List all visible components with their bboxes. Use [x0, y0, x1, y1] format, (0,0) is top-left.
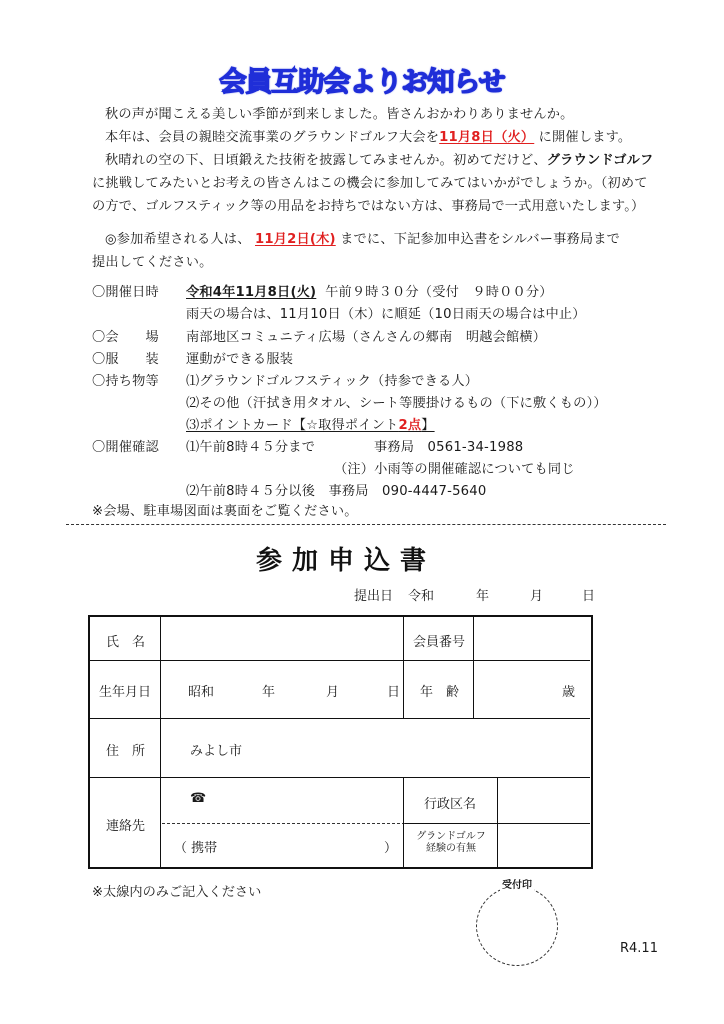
contact-dashed-divider [162, 823, 405, 824]
member-number-field[interactable] [478, 619, 588, 658]
address-label: 住 所 [106, 740, 145, 759]
birth-era: 昭和 [188, 681, 214, 700]
intro-line-2-text: 本年は、会員の親睦交流事業のグラウンドゴルフ大会を [105, 130, 439, 145]
event-date-bold: 令和4年11月8日(火) [186, 285, 316, 300]
district-label: 行政区名 [424, 793, 476, 812]
birth-month-unit: 月 [326, 681, 339, 700]
member-number-label: 会員番号 [413, 631, 465, 650]
col-divider [160, 617, 161, 867]
reception-stamp-label: 受付印 [500, 876, 534, 891]
detail-value-items-3: ⑶ポイントカード【☆取得ポイント2点】 [186, 415, 435, 438]
ground-golf-bold: グラウンドゴルフ [547, 153, 654, 168]
detail-value-confirm-1: ⑴午前8時４５分まで [186, 437, 315, 460]
row-divider [90, 718, 590, 719]
form-title: 参加申込書 [256, 540, 436, 577]
revision-code: R4.11 [620, 941, 658, 956]
detail-value-datetime: 令和4年11月8日(火) 午前９時３０分（受付 ９時００分） [186, 282, 553, 305]
confirm-note: （注）小雨等の開催確認についても同じ [334, 459, 575, 482]
intro-line-3-text: 秋晴れの空の下、日頃鍛えた技術を披露してみませんか。初めてだけど、 [105, 153, 547, 168]
detail-value-attire: 運動ができる服装 [186, 349, 293, 372]
birth-year-unit: 年 [262, 681, 275, 700]
experience-field[interactable] [502, 826, 588, 865]
notice-title: 会員互助会よりお知らせ [0, 60, 724, 99]
point-card-close: 】 [421, 418, 434, 433]
event-date-highlight: 11月8日（火） [439, 130, 534, 145]
office-phone-1: 事務局 0561-34-1988 [374, 437, 523, 460]
deadline-text-end: までに、下記参加申込書をシルバー事務局まで [340, 232, 620, 247]
points-value: 2点 [398, 418, 421, 433]
submit-date-day: 日 [582, 585, 595, 604]
intro-line-5: の方で、ゴルフスティック等の用品をお持ちではない方は、事務局で一式用意いたします… [92, 196, 644, 219]
name-field[interactable] [164, 619, 400, 658]
point-card-text: ⑶ポイントカード【☆取得ポイント [186, 418, 398, 433]
submit-date-month: 月 [530, 585, 543, 604]
detail-label-items: 〇持ち物等 [92, 371, 159, 394]
detail-label-venue: 〇会 場 [92, 327, 159, 350]
col-divider [403, 777, 404, 867]
district-field[interactable] [502, 780, 588, 821]
intro-line-1: 秋の声が聞こえる美しい季節が到来しました。皆さんおかわりありませんか。 [105, 104, 574, 127]
deadline-date: 11月2日(木) [255, 232, 336, 247]
detail-label-attire: 〇服 装 [92, 349, 159, 372]
birth-day-unit: 日 [387, 681, 400, 700]
experience-label: グランドゴルフ 経験の有無 [408, 831, 494, 855]
intro-line-2-end: に開催します。 [539, 130, 632, 145]
col-divider [497, 777, 498, 867]
deadline-text: ◎参加希望される人は、 [105, 232, 251, 247]
row-divider [90, 777, 590, 778]
fill-instruction-note: ※太線内のみご記入ください [92, 881, 261, 900]
mobile-close-paren: ） [384, 837, 397, 856]
col-divider [473, 617, 474, 718]
address-prefix: みよし市 [190, 740, 242, 759]
detail-value-items-1: ⑴グラウンドゴルフスティック（持参できる人） [186, 371, 478, 394]
reception-stamp-circle [476, 886, 558, 966]
intro-line-4: に挑戦してみたいとお考えの皆さんはこの機会に参加してみてはいかがでしょうか。（初… [92, 173, 648, 196]
age-label: 年 齢 [420, 681, 459, 700]
experience-label-line-2: 経験の有無 [408, 843, 494, 855]
detail-value-rain: 雨天の場合は、11月10日（木）に順延（10日雨天の場合は中止） [186, 304, 586, 327]
event-time: 午前９時３０分（受付 ９時００分） [325, 285, 553, 300]
birthdate-label: 生年月日 [99, 681, 151, 700]
detail-label-datetime: 〇開催日時 [92, 282, 159, 305]
intro-line-3: 秋晴れの空の下、日頃鍛えた技術を披露してみませんか。初めてだけど、グラウンドゴル… [105, 150, 653, 173]
intro-line-2: 本年は、会員の親睦交流事業のグラウンドゴルフ大会を11月8日（火） に開催します… [105, 127, 631, 150]
age-unit: 歳 [562, 681, 575, 700]
submit-date-era: 令和 [408, 585, 434, 604]
contact-label: 連絡先 [106, 815, 145, 834]
phone-icon: ☎ [190, 791, 206, 806]
deadline-line-2: 提出してください。 [92, 252, 213, 275]
name-label: 氏 名 [106, 631, 145, 650]
cut-line-divider [66, 524, 666, 525]
detail-value-venue: 南部地区コミュニティ広場（さんさんの郷南 明越会館横） [186, 327, 546, 350]
mobile-label: （ 携帯 [174, 837, 217, 856]
map-note: ※会場、駐車場図面は裏面をご覧ください。 [92, 501, 358, 524]
submit-date-year: 年 [476, 585, 489, 604]
submit-date-label: 提出日 [354, 585, 393, 604]
experience-label-line-1: グランドゴルフ [408, 831, 494, 843]
application-form-table: 氏 名 会員番号 生年月日 昭和 年 月 日 年 齢 歳 住 所 みよし市 連絡… [88, 615, 593, 869]
row-divider [90, 660, 590, 661]
deadline-line: ◎参加希望される人は、 11月2日(木) までに、下記参加申込書をシルバー事務局… [105, 229, 620, 252]
detail-value-items-2: ⑵その他（汗拭き用タオル、シート等腰掛けるもの（下に敷くもの）） [186, 393, 607, 416]
detail-label-confirm: 〇開催確認 [92, 437, 159, 460]
col-divider [403, 617, 404, 718]
